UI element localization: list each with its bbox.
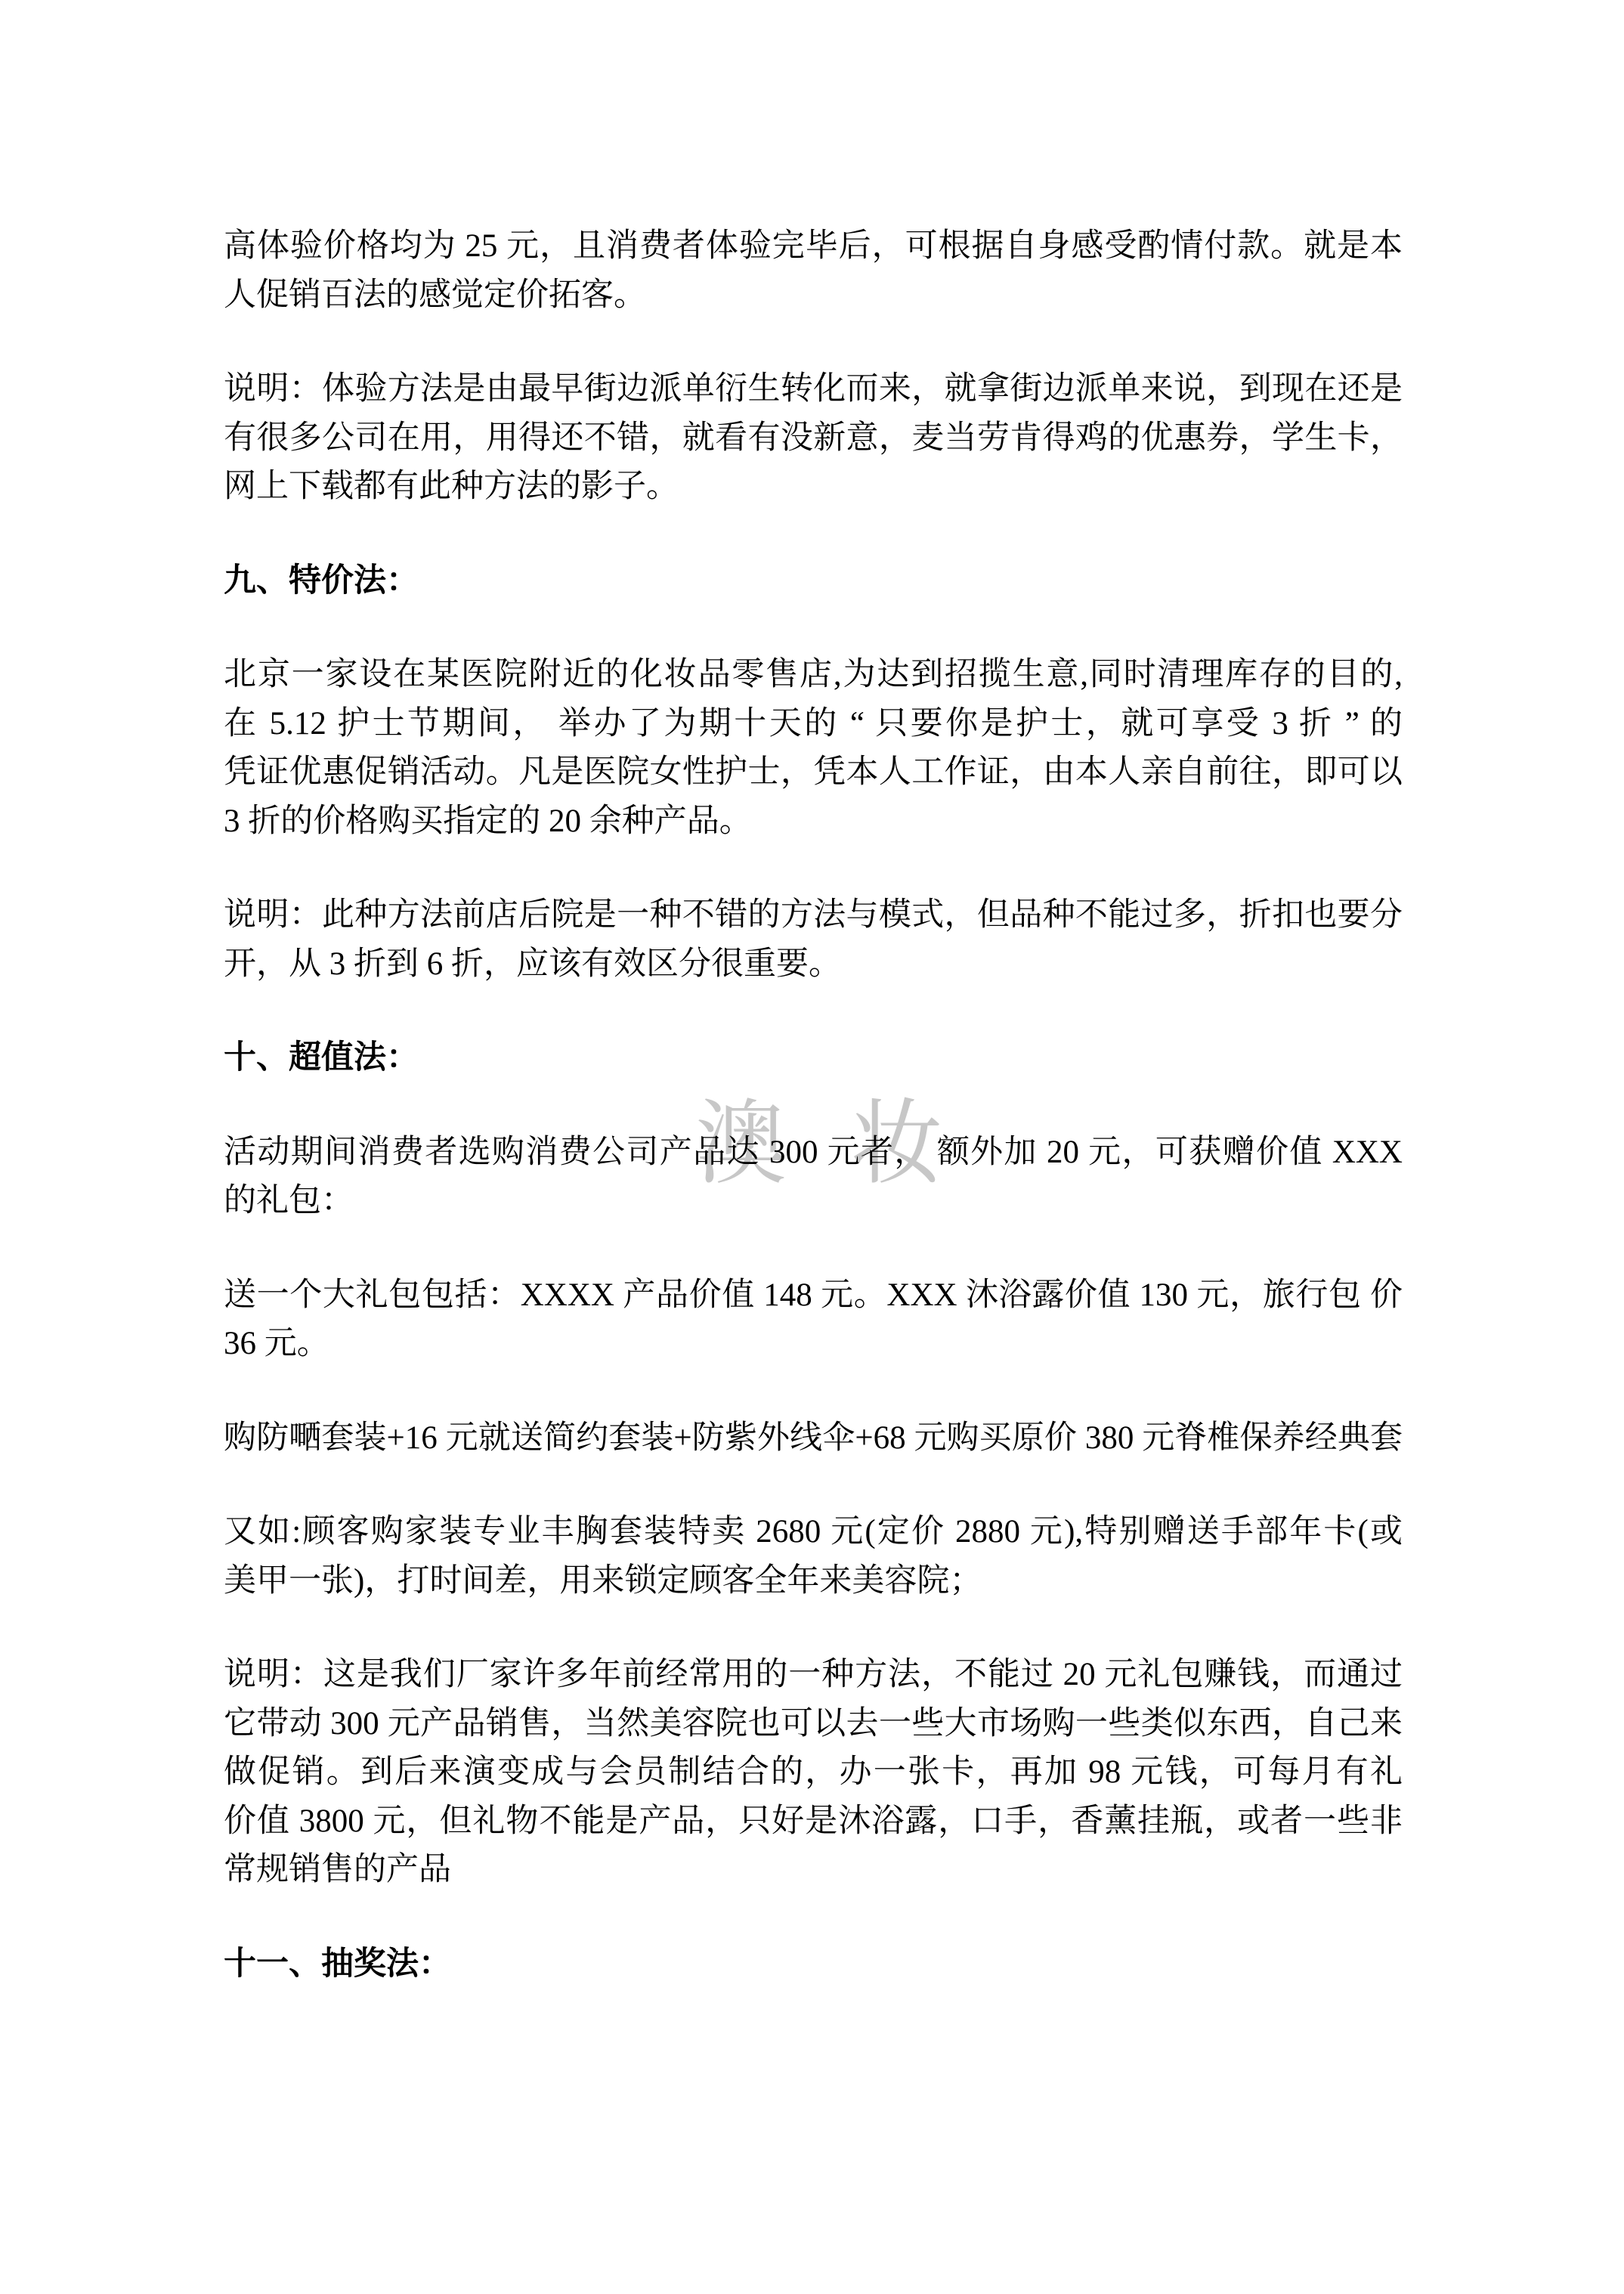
text-line: 常规销售的产品 [224, 1846, 1403, 1895]
para-sunscreen-offer: 购防嗮套装+16 元就送简约套装+防紫外线伞+68 元购买原价 380 元脊椎保… [224, 1414, 1403, 1463]
document-content: 高体验价格均为 25 元，且消费者体验完毕后，可根据自身感受酌情付款。就是本人促… [224, 222, 1403, 2034]
text-line: 它带动 300 元产品销售，当然美容院也可以去一些大市场购一些类似东西，自己来 [224, 1700, 1403, 1749]
text-line: 说明：此种方法前店后院是一种不错的方法与模式，但品种不能过多，折扣也要分 [224, 891, 1403, 940]
text-line: 凭证优惠促销活动。凡是医院女性护士，凭本人工作证，由本人亲自前往，即可以 [224, 748, 1403, 797]
text-line: 购防嗮套装+16 元就送简约套装+防紫外线伞+68 元购买原价 380 元脊椎保… [224, 1414, 1403, 1463]
para-special-price-case: 北京一家设在某医院附近的化妆品零售店,为达到招揽生意,同时清理库存的目的,在 5… [224, 651, 1403, 846]
text-line: 美甲一张)，打时间差，用来锁定顾客全年来美容院； [224, 1557, 1403, 1606]
heading-nine-special-price-method: 九、特价法： [224, 557, 1403, 606]
text-line: 价值 3800 元，但礼物不能是产品，只好是沐浴露，口手，香薰挂瓶，或者一些非 [224, 1797, 1403, 1847]
text-line: 活动期间消费者选购消费公司产品达 300 元者， 额外加 20 元，可获赠价值 … [224, 1128, 1403, 1178]
heading-line: 九、特价法： [224, 557, 1403, 606]
para-breast-set-offer: 又如:顾客购家装专业丰胸套装特卖 2680 元(定价 2880 元),特别赠送手… [224, 1508, 1403, 1605]
text-line: 网上下载都有此种方法的影子。 [224, 463, 1403, 512]
para-note-special-price: 说明：此种方法前店后院是一种不错的方法与模式，但品种不能过多，折扣也要分开，从 … [224, 891, 1403, 989]
text-line: 说明：体验方法是由最早街边派单衍生转化而来，就拿街边派单来说，到现在还是 [224, 365, 1403, 414]
heading-line: 十、超值法： [224, 1034, 1403, 1083]
heading-line: 十一、抽奖法： [224, 1940, 1403, 1989]
text-line: 人促销百法的感觉定价拓客。 [224, 271, 1403, 320]
text-line: 开，从 3 折到 6 折，应该有效区分很重要。 [224, 940, 1403, 989]
document-page: 澳 妆 高体验价格均为 25 元，且消费者体验完毕后，可根据自身感受酌情付款。就… [0, 0, 1624, 2294]
text-line: 做促销。到后来演变成与会员制结合的，办一张卡，再加 98 元钱，可每月有礼物， [224, 1748, 1403, 1797]
text-line: 北京一家设在某医院附近的化妆品零售店,为达到招揽生意,同时清理库存的目的, [224, 651, 1403, 700]
para-experience-pricing: 高体验价格均为 25 元，且消费者体验完毕后，可根据自身感受酌情付款。就是本人促… [224, 222, 1403, 320]
para-value-offer: 活动期间消费者选购消费公司产品达 300 元者， 额外加 20 元，可获赠价值 … [224, 1128, 1403, 1226]
text-line: 高体验价格均为 25 元，且消费者体验完毕后，可根据自身感受酌情付款。就是本 [224, 222, 1403, 271]
text-line: 3 折的价格购买指定的 20 余种产品。 [224, 797, 1403, 847]
para-gift-package: 送一个大礼包包括：XXXX 产品价值 148 元。XXX 沐浴露价值 130 元… [224, 1271, 1403, 1369]
text-line: 送一个大礼包包括：XXXX 产品价值 148 元。XXX 沐浴露价值 130 元… [224, 1271, 1403, 1320]
text-line: 36 元。 [224, 1320, 1403, 1369]
text-line: 在 5.12 护士节期间， 举办了为期十天的 “ 只要你是护士，就可享受 3 折… [224, 700, 1403, 749]
text-line: 又如:顾客购家装专业丰胸套装特卖 2680 元(定价 2880 元),特别赠送手… [224, 1508, 1403, 1557]
para-note-super-value: 说明：这是我们厂家许多年前经常用的一种方法，不能过 20 元礼包赚钱，而通过它带… [224, 1651, 1403, 1895]
heading-ten-super-value-method: 十、超值法： [224, 1034, 1403, 1083]
text-line: 的礼包： [224, 1177, 1403, 1226]
text-line: 说明：这是我们厂家许多年前经常用的一种方法，不能过 20 元礼包赚钱，而通过 [224, 1651, 1403, 1700]
text-line: 有很多公司在用，用得还不错，就看有没新意，麦当劳肯得鸡的优惠券，学生卡， [224, 414, 1403, 463]
para-note-experience: 说明：体验方法是由最早街边派单衍生转化而来，就拿街边派单来说，到现在还是有很多公… [224, 365, 1403, 512]
heading-eleven-lottery-method: 十一、抽奖法： [224, 1940, 1403, 1989]
